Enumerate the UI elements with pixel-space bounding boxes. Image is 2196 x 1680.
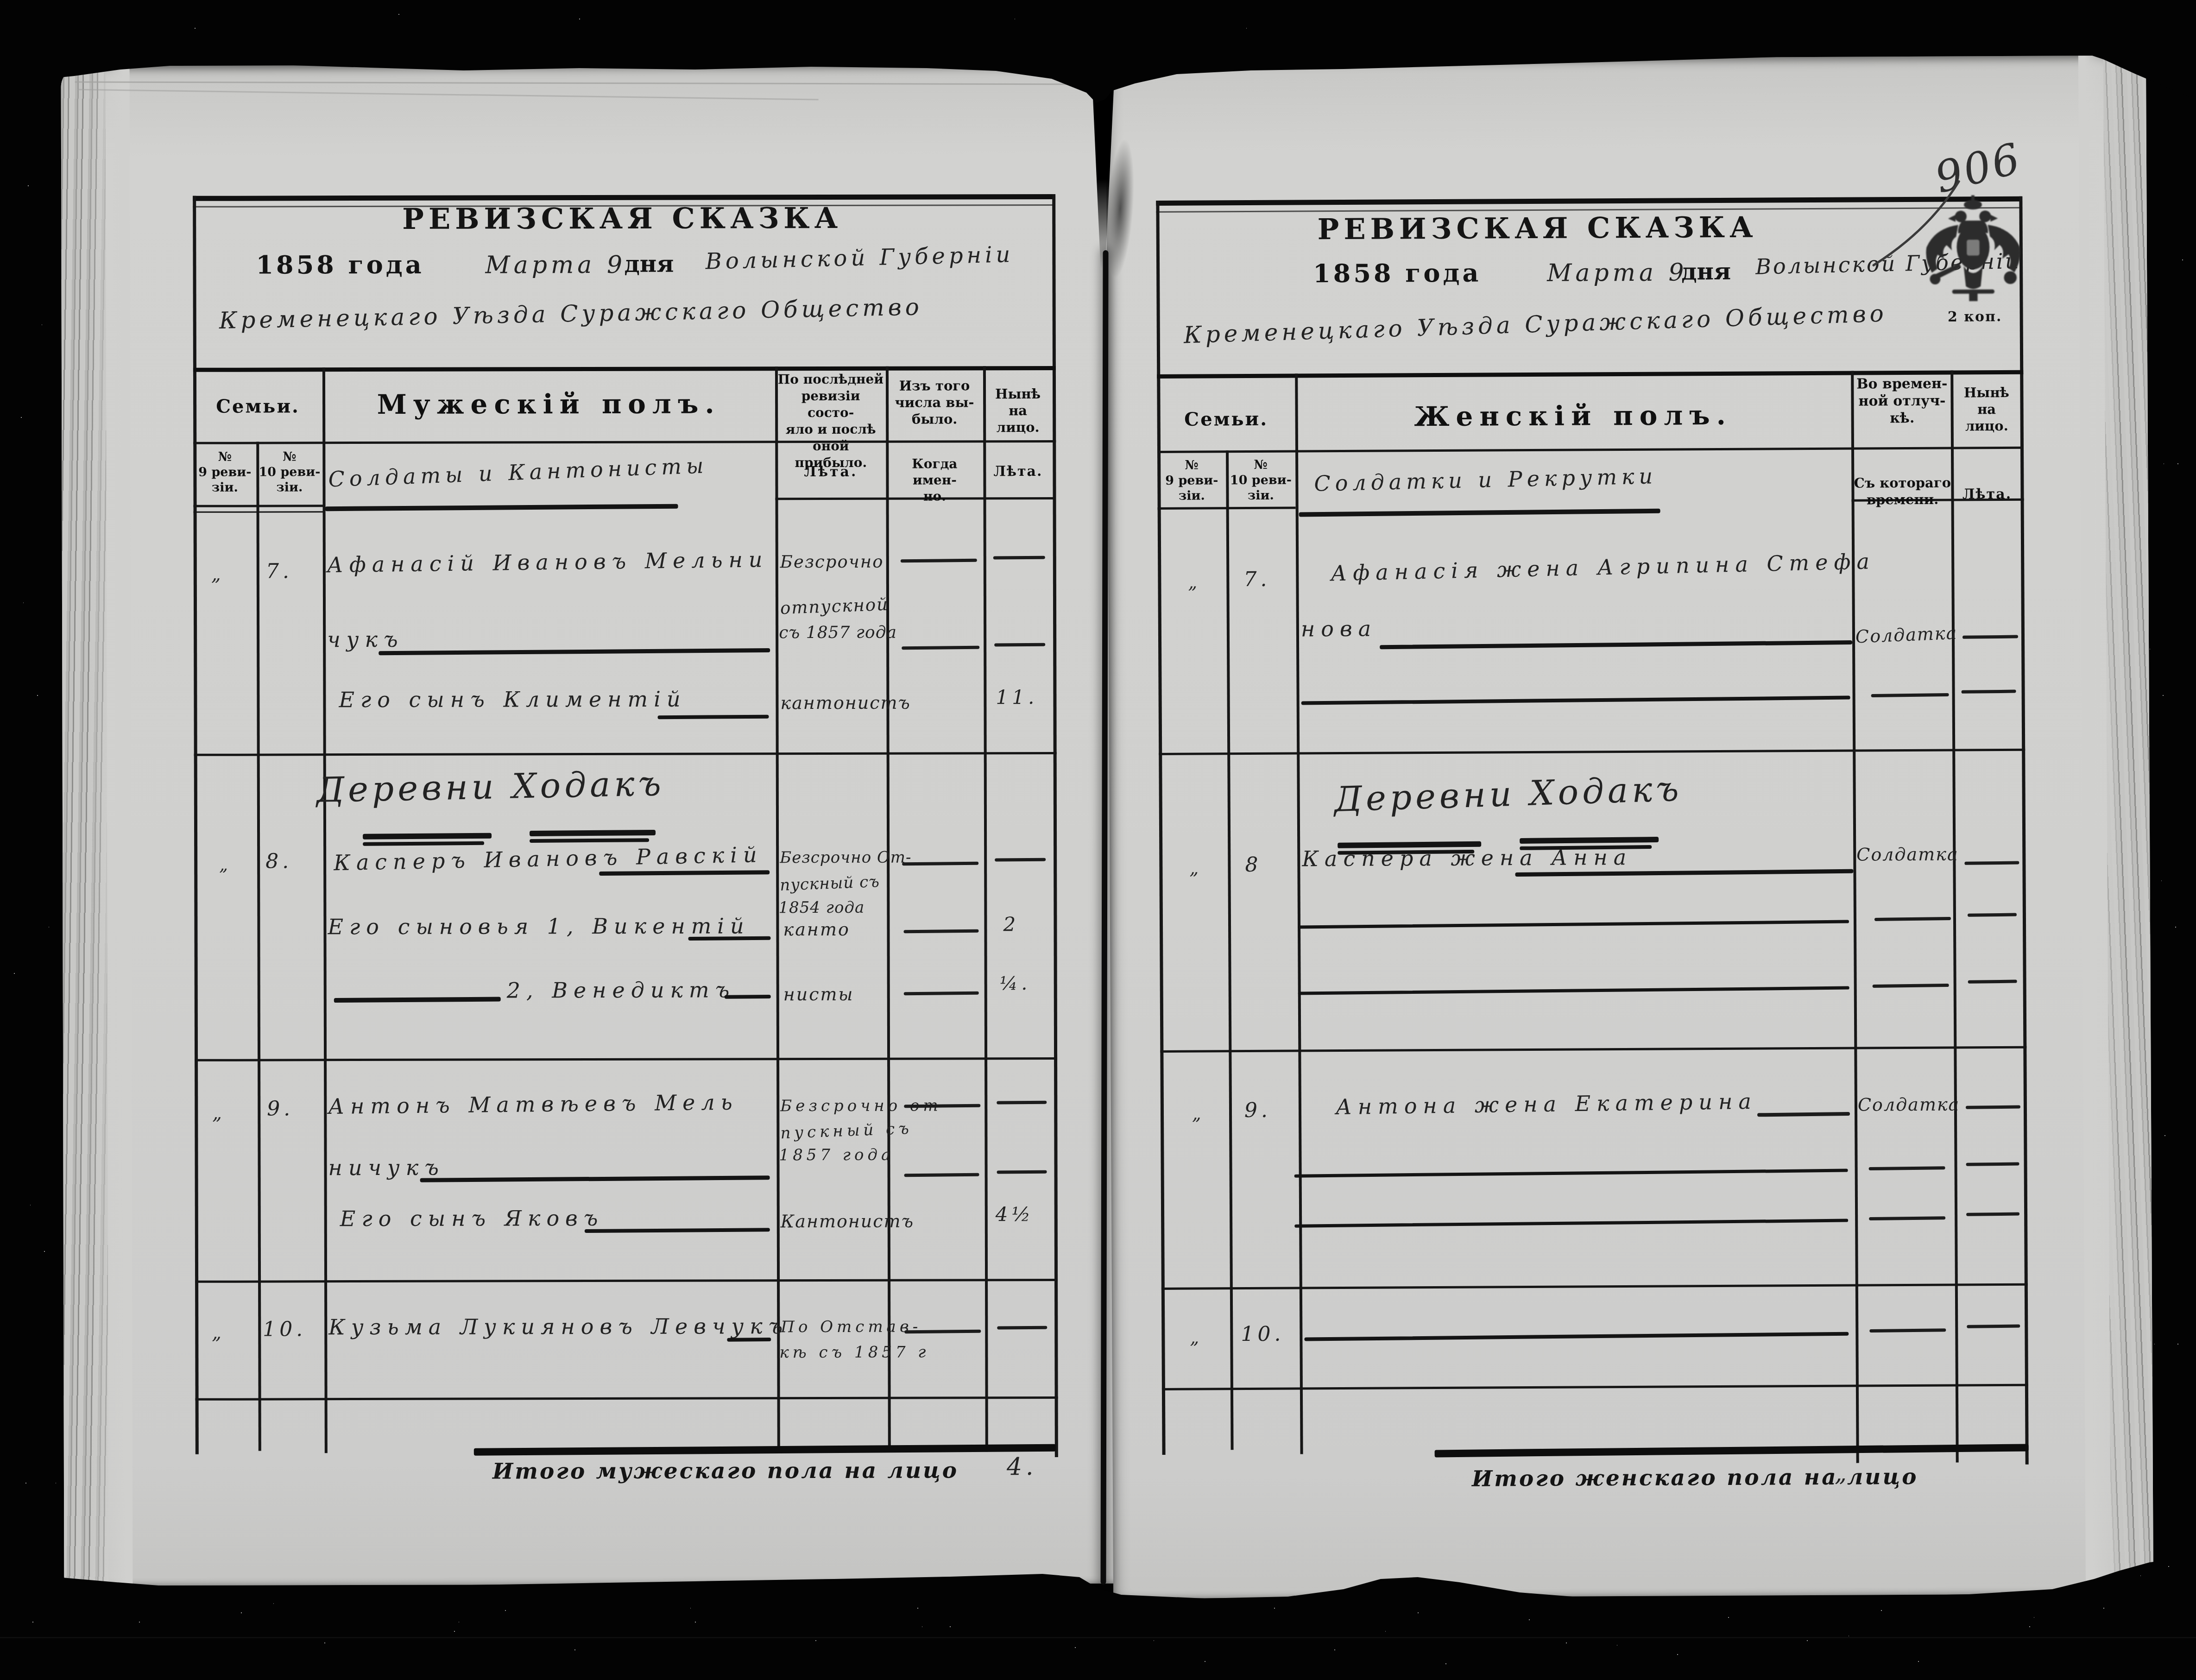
subcol-years: Лѣта.: [777, 464, 884, 480]
ditto-dash: [1966, 1162, 2019, 1166]
row-separator: [1162, 1384, 2028, 1390]
col-divider: [1851, 371, 1859, 1463]
form-border-right: [1052, 194, 1058, 1457]
section-underline: [363, 833, 492, 840]
ditto-dash: [993, 556, 1045, 560]
service-note: пускный съ: [780, 1119, 913, 1143]
subcol-when: Когда имен- но.: [888, 455, 981, 504]
col-divider: [886, 366, 891, 1452]
left-page: РЕВИЗСКАЯ СКАЗКА 1858 года Марта 9 дня В…: [61, 64, 1142, 1586]
service-note: кантонистъ: [780, 693, 911, 714]
service-note: 1854 года: [778, 898, 865, 917]
ink-fill-line: [1301, 696, 1850, 705]
ink-fill-line: [727, 1338, 771, 1342]
ditto-dash: [995, 858, 1046, 862]
village-section-header: Деревни Ходакъ: [316, 764, 665, 810]
ink-rule-under-category: [1299, 509, 1660, 517]
film-top-edge: [0, 0, 2196, 120]
family-number: 9.: [1244, 1099, 1271, 1122]
form-border-left: [193, 196, 199, 1454]
col-header-last-revision: По послѣдней ревизіи состо- яло и послѣ …: [777, 371, 884, 471]
service-note: пускный съ: [780, 872, 880, 895]
service-note: Кантонистъ: [781, 1211, 914, 1232]
ink-fill-line: [1294, 1219, 1848, 1228]
family-number: 9.: [267, 1097, 294, 1120]
status-note: Солдатка: [1855, 623, 1958, 647]
person-name: Кузьма Лукияновъ Левчукъ: [328, 1314, 789, 1339]
total-label: Итого мужескаго пола на лицо: [492, 1458, 863, 1484]
person-name: 2, Венедиктъ: [507, 977, 736, 1003]
family-number: 8.: [265, 849, 292, 873]
person-name-cont: ничукъ: [328, 1155, 444, 1181]
total-rule: [474, 1444, 1056, 1456]
total-value: 4.: [1007, 1453, 1037, 1481]
ditto-dash: [994, 643, 1045, 647]
ditto-dash: [1964, 861, 2019, 865]
ditto-dash: [904, 1173, 979, 1177]
ink-fill-line: [1298, 920, 1849, 929]
ditto-dash: [1966, 1105, 2020, 1109]
rev9-ditto: „: [212, 1322, 225, 1344]
person-name: Его сынъ Яковъ: [340, 1206, 604, 1231]
status-note: Солдатка: [1856, 844, 1958, 865]
age-value: 4½: [996, 1203, 1035, 1225]
ditto-dash: [1966, 1212, 2019, 1216]
status-note: Солдатка: [1858, 1094, 1960, 1115]
ditto-dash: [1963, 635, 2018, 638]
ditto-dash: [902, 646, 979, 650]
ink-fill-line: [599, 870, 770, 876]
ink-fill-line: [334, 997, 501, 1003]
col-divider: [1950, 371, 1959, 1463]
stamp-denomination: 2 коп.: [1926, 309, 2024, 325]
rev9-ditto: „: [1190, 1327, 1203, 1348]
ink-fill-line: [1380, 640, 1852, 649]
col-header-absent: Во времен- ной отлуч- кѣ.: [1853, 375, 1951, 427]
ink-fill-line: [1298, 986, 1849, 995]
service-note: Безсрочно От-: [780, 848, 911, 867]
service-note: съ 1857 года: [779, 623, 897, 643]
ditto-dash: [997, 1101, 1047, 1105]
person-name: Афанасій Ивановъ Мельни: [327, 547, 769, 577]
edge-fade: [88, 66, 133, 1585]
ditto-dash: [1874, 917, 1951, 921]
age-value: 2: [1003, 913, 1019, 935]
person-name: Антонъ Матвѣевъ Мель: [328, 1090, 738, 1119]
person-name: Каспера жена Анна: [1302, 845, 1632, 871]
col-divider: [256, 442, 261, 1451]
col-divider: [322, 367, 328, 1453]
subcol-years: Лѣта.: [1953, 486, 2020, 503]
family-number: 10.: [263, 1317, 306, 1341]
date-handwritten: Марта 9: [485, 251, 626, 279]
ditto-dash: [903, 929, 978, 933]
ditto-dash: [904, 992, 979, 995]
ink-fill-line: [1515, 869, 1853, 877]
ditto-dash: [997, 1170, 1047, 1174]
row-separator: [1159, 749, 2025, 755]
col-header-sex: Мужескій полъ.: [322, 388, 775, 420]
ditto-dash: [1968, 980, 2017, 984]
ink-fill-line: [1304, 1332, 1849, 1341]
person-name: Антона жена Екатерина: [1336, 1089, 1757, 1119]
person-name: Афанасія жена Агрипина Стефа: [1331, 549, 1876, 586]
age-value: ¼.: [1000, 973, 1031, 994]
header-rule: [1157, 447, 2024, 453]
form-border-right: [2019, 196, 2028, 1465]
place-handwritten: Кременецкаго Уѣзда Суражскаго Общество: [219, 293, 923, 334]
section-underline: [530, 830, 656, 836]
date-printed: дня: [1681, 258, 1731, 285]
form-border-left: [1156, 201, 1165, 1455]
rev9-ditto: „: [212, 1103, 226, 1124]
dust-speckles: [28, 185, 29, 186]
category-handwritten: Солдатки и Рекрутки: [1314, 463, 1658, 496]
ditto-dash: [1962, 690, 2016, 694]
family-number: 8: [1245, 853, 1262, 877]
village-section-header: Деревни Ходакъ: [1333, 769, 1683, 820]
service-note: Безсрочно: [780, 552, 884, 572]
col-divider: [1226, 450, 1234, 1450]
rev9-ditto: „: [1189, 858, 1202, 878]
section-underline: [530, 838, 649, 843]
person-name-cont: нова: [1301, 616, 1377, 642]
date-printed: дня: [624, 250, 674, 278]
col-header-present: Нынѣ на лицо.: [1953, 384, 2020, 435]
col-divider: [1295, 373, 1303, 1454]
page-title: РЕВИЗСКАЯ СКАЗКА: [194, 201, 1051, 236]
col-header-departed: Изъ того числа вы- было.: [888, 377, 981, 427]
page-title: РЕВИЗСКАЯ СКАЗКА: [1158, 209, 1918, 247]
ditto-dash: [1967, 1324, 2020, 1328]
ditto-dash: [1869, 1328, 1946, 1333]
col-header-family: Семьи.: [1157, 408, 1295, 430]
film-bottom-edge: [0, 1547, 2196, 1680]
service-note: канто: [783, 919, 850, 940]
date-printed: 1858 года: [1313, 258, 1481, 289]
service-note: нисты: [783, 984, 854, 1004]
col-header-rev9: № 9 реви- зіи.: [193, 449, 256, 495]
right-page: РЕВИЗСКАЯ СКАЗКА 1858 года Марта 9 дня В…: [1106, 56, 2153, 1599]
date-handwritten: Марта 9: [1547, 259, 1688, 287]
ditto-dash: [901, 559, 977, 562]
scanner-bed-seam: [0, 1637, 2196, 1638]
ink-fill-line: [420, 1175, 770, 1182]
edge-fade: [2078, 56, 2127, 1594]
service-note: отпускной: [780, 594, 889, 619]
row-separator: [1160, 1046, 2026, 1053]
ink-fill-line: [585, 1228, 770, 1233]
double-headed-eagle-stamp-icon: [1919, 195, 2026, 307]
person-name: Его сынъ Климентій: [339, 687, 686, 713]
row-separator: [1161, 1283, 2028, 1290]
place-handwritten: Кременецкаго Уѣзда Суражскаго Общество: [1183, 300, 1887, 348]
ditto-dash: [1871, 693, 1949, 697]
service-note: 1857 года: [779, 1146, 894, 1165]
age-value: 11.: [996, 686, 1038, 708]
family-number: 7.: [266, 559, 293, 583]
person-name-cont: чукъ: [327, 627, 404, 652]
subcol-since-when: Съ котораго времени.: [1854, 474, 1951, 508]
person-name: Его сыновья 1, Викентій: [328, 913, 750, 939]
ditto-dash: [997, 1326, 1047, 1330]
ditto-dash: [902, 862, 978, 865]
ink-fill-line: [1294, 1169, 1848, 1178]
ink-rule-under-category: [325, 504, 678, 512]
ditto-dash: [1968, 913, 2017, 917]
col-header-family: Семьи.: [193, 395, 322, 417]
rev9-ditto: „: [211, 564, 225, 585]
category-handwritten: Солдаты и Кантонисты: [328, 453, 709, 492]
col-header-rev9: № 9 реви- зіи.: [1157, 457, 1226, 504]
ditto-dash: [904, 1104, 980, 1108]
ink-fill-line: [725, 995, 771, 999]
col-divider: [983, 366, 988, 1452]
ditto-dash: [1757, 1112, 1850, 1117]
total-rule: [1435, 1444, 2029, 1457]
rev9-ditto: „: [1188, 572, 1201, 593]
dust-speckles-fine: [42, 324, 42, 325]
rev9-ditto: „: [1192, 1103, 1205, 1124]
rev9-ditto: „: [219, 856, 232, 875]
family-number: 10.: [1241, 1322, 1284, 1346]
date-printed: 1858 года: [256, 250, 424, 280]
ink-fill-line: [657, 715, 769, 720]
col-header-present: Нынѣ на лицо.: [985, 385, 1050, 436]
microfilm-scan: РЕВИЗСКАЯ СКАЗКА 1858 года Марта 9 дня В…: [0, 0, 2196, 1680]
form-border-top: [193, 194, 1055, 201]
total-label: Итого женскаго пола на лицо: [1472, 1465, 1829, 1492]
ditto-dash: [1869, 1216, 1945, 1220]
section-underline: [363, 841, 484, 846]
subcol-years: Лѣта.: [985, 463, 1050, 480]
ditto-dash: [904, 1330, 981, 1333]
ink-fill-line: [688, 936, 770, 941]
ditto-dash: [1869, 1166, 1945, 1170]
date-handwritten: Волынской Губерніи: [705, 241, 1014, 274]
service-note: кѣ съ 1857 г: [779, 1343, 929, 1362]
col-header-sex: Женскій полъ.: [1295, 399, 1851, 433]
section-underline: [1520, 837, 1659, 844]
ink-fill-line: [379, 648, 770, 655]
service-note: По Отстав-: [781, 1318, 921, 1337]
col-header-rev10: № 10 реви- зіи.: [1226, 457, 1295, 504]
col-header-rev10: № 10 реви- зіи.: [256, 449, 322, 495]
total-value: „: [1835, 1460, 1850, 1487]
family-number: 7.: [1243, 568, 1270, 591]
ditto-dash: [1873, 984, 1949, 988]
